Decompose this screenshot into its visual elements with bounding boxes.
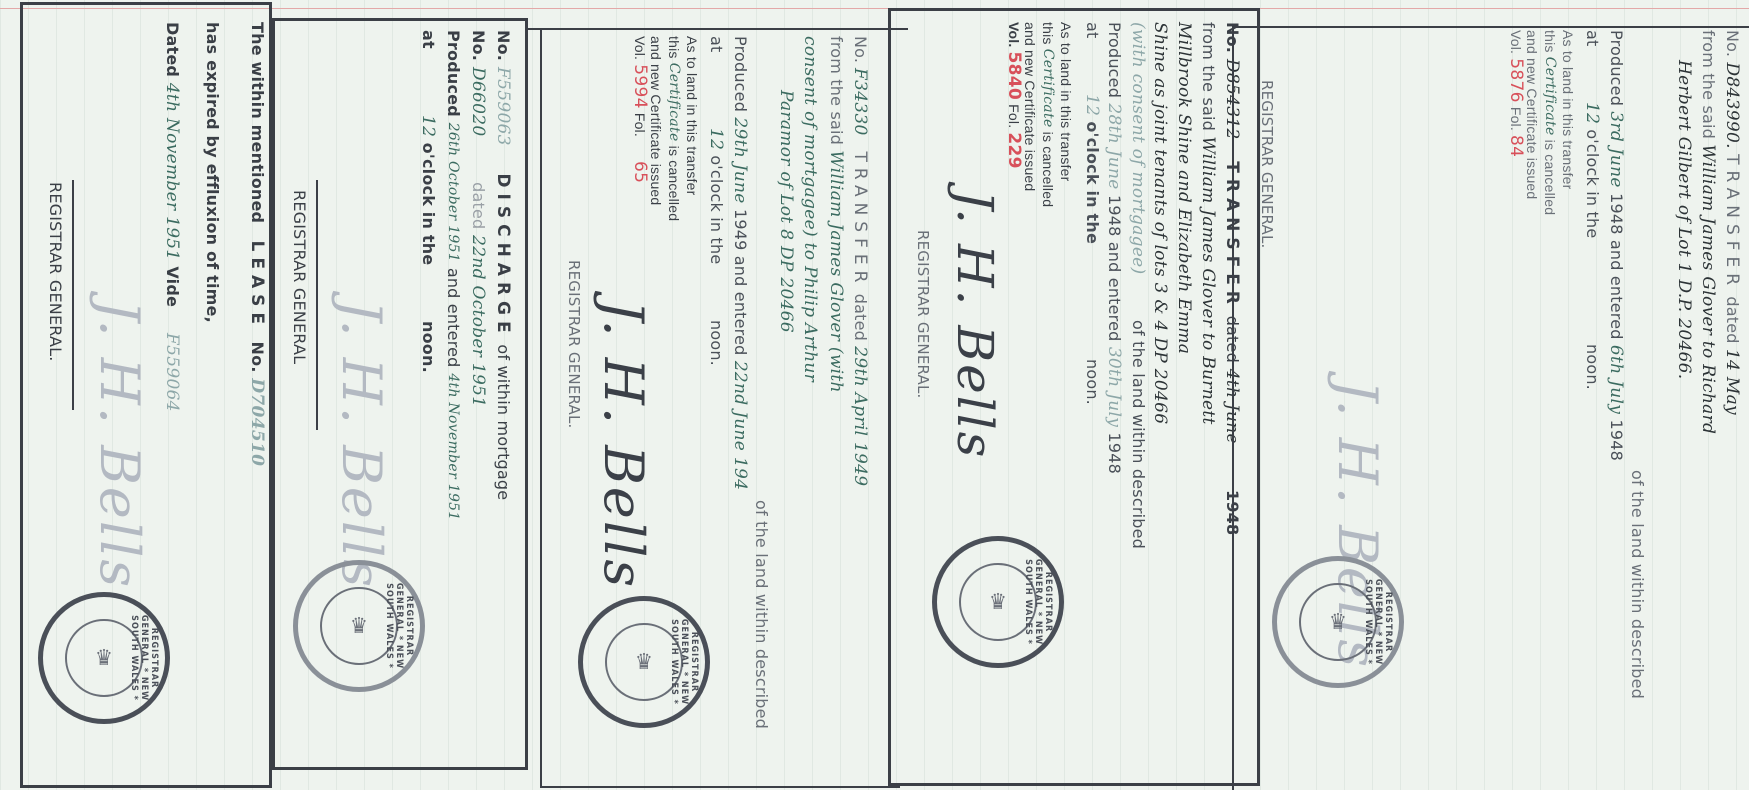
transfer-f34330-rule (528, 28, 908, 30)
d843990-produced-line: Produced 3rd June 1948 and entered 6th J… (1606, 30, 1626, 461)
registrar-stamp: REGISTRAR GENERAL * NEW SOUTH WALES * ♛ (38, 592, 170, 724)
lease-dated: Dated 4th November 1951 Vide F559064 (162, 22, 182, 412)
registrar-stamp: REGISTRAR GENERAL * NEW SOUTH WALES * ♛ (1272, 556, 1404, 688)
d843990-from-line: from the said William James Glover to Ri… (1698, 30, 1718, 434)
d843990-land-line: of the land within described (1628, 470, 1647, 699)
registrar-stamp: REGISTRAR GENERAL * NEW SOUTH WALES * ♛ (932, 536, 1064, 668)
registrar-rule (316, 180, 318, 430)
f34330-land-line: of the land within described (752, 500, 771, 729)
d854312-registrar: REGISTRAR GENERAL. (914, 230, 932, 399)
d843990-at-line: at 12 o'clock in the noon. (1582, 30, 1602, 390)
d854312-line3: Shine as joint tenants of lots 3 & 4 DP … (1150, 22, 1170, 424)
d854312-from-line: from the said William James Glover to Bu… (1198, 22, 1218, 425)
lease-number: D704510 (247, 378, 267, 466)
f34330-signature: J. H. Bells (592, 300, 655, 589)
discharge-at-line: at 12 o'clock in the noon. (418, 30, 438, 373)
f34330-at-line: at 12 o'clock in the noon. (706, 36, 726, 366)
d854312-line2: Millbrook Shine and Elizabeth Emma (1174, 22, 1194, 354)
d843990-title-line: No. D843990. TRANSFER dated 14 May (1722, 30, 1742, 415)
f34330-registrar: REGISTRAR GENERAL. (565, 260, 583, 429)
lease-line2: has expired by effluxion of time, (203, 22, 222, 323)
discharge-produced-line: Produced 26th October 1951 and entered 4… (444, 30, 463, 521)
d854312-signature: J. H. Bells (946, 190, 1004, 459)
lease-vide-value: F559064 (162, 333, 182, 412)
d843990-as-to-land: As to land in this transfer (1560, 30, 1576, 189)
registrar-rule (72, 180, 74, 410)
d854312-as-to-land: As to land in this transfer (1058, 22, 1074, 181)
f34330-from-line: from the said William James Glover (with (826, 36, 846, 393)
d843990-registrar: REGISTRAR GENERAL. (1258, 80, 1276, 249)
lease-registrar: REGISTRAR GENERAL. (46, 182, 65, 362)
d854312-new-cert: and new Certificate issued (1022, 22, 1038, 191)
d843990-vol-line: Vol. 5876 Fol. 84 (1506, 30, 1526, 157)
f34330-cert-line: this Certificate is cancelled (666, 36, 682, 221)
discharge-signature: J. H. Bells (330, 300, 393, 589)
discharge-title-line: No. F559063 DISCHARGE of within mortgage (493, 30, 513, 500)
discharge-mortgage-line: No. D66020 dated 22nd October 1951 (468, 30, 488, 407)
lease-dated-value: 4th November 1951 (162, 83, 182, 261)
d843990-line2: Herbert Gilbert of Lot 1 D.P. 20466. (1674, 60, 1694, 380)
lease-signature: J. H. Bells (88, 300, 151, 589)
d854312-vol-line: Vol. 5840 Fol. 229 (1004, 22, 1024, 169)
d843990-cert-line: this Certificate is cancelled (1542, 30, 1558, 215)
f34330-vol-line: Vol. 5994 Fol. 65 (630, 36, 650, 183)
registrar-stamp: REGISTRAR GENERAL * NEW SOUTH WALES * ♛ (293, 560, 425, 692)
f34330-as-to-land: As to land in this transfer (684, 36, 700, 195)
f34330-produced-line: Produced 29th June 1949 and entered 22nd… (730, 36, 750, 490)
d854312-at-line: at 12 o'clock in the noon. (1082, 22, 1102, 405)
discharge-registrar: REGISTRAR GENERAL (290, 190, 309, 364)
d854312-produced-line: Produced 28th June 1948 and entered 30th… (1104, 22, 1124, 474)
f34330-line3: Paramor of Lot 8 DP 20466 (776, 90, 796, 333)
registrar-stamp: REGISTRAR GENERAL * NEW SOUTH WALES * ♛ (578, 596, 710, 728)
f34330-new-cert: and new Certificate issued (648, 36, 664, 205)
d843990-new-cert: and new Certificate issued (1524, 30, 1540, 199)
f34330-title-line: No. F34330 TRANSFER dated 29th April 194… (850, 36, 870, 486)
d854312-land-line: (with consent of mortgagee) of the land … (1128, 22, 1148, 549)
d854312-cert-line: this Certificate is cancelled (1040, 22, 1056, 207)
f34330-line2: consent of mortgagee) to Philip Arthur (800, 36, 820, 382)
lease-line1: The within mentioned LEASE No. D704510 (247, 22, 267, 466)
